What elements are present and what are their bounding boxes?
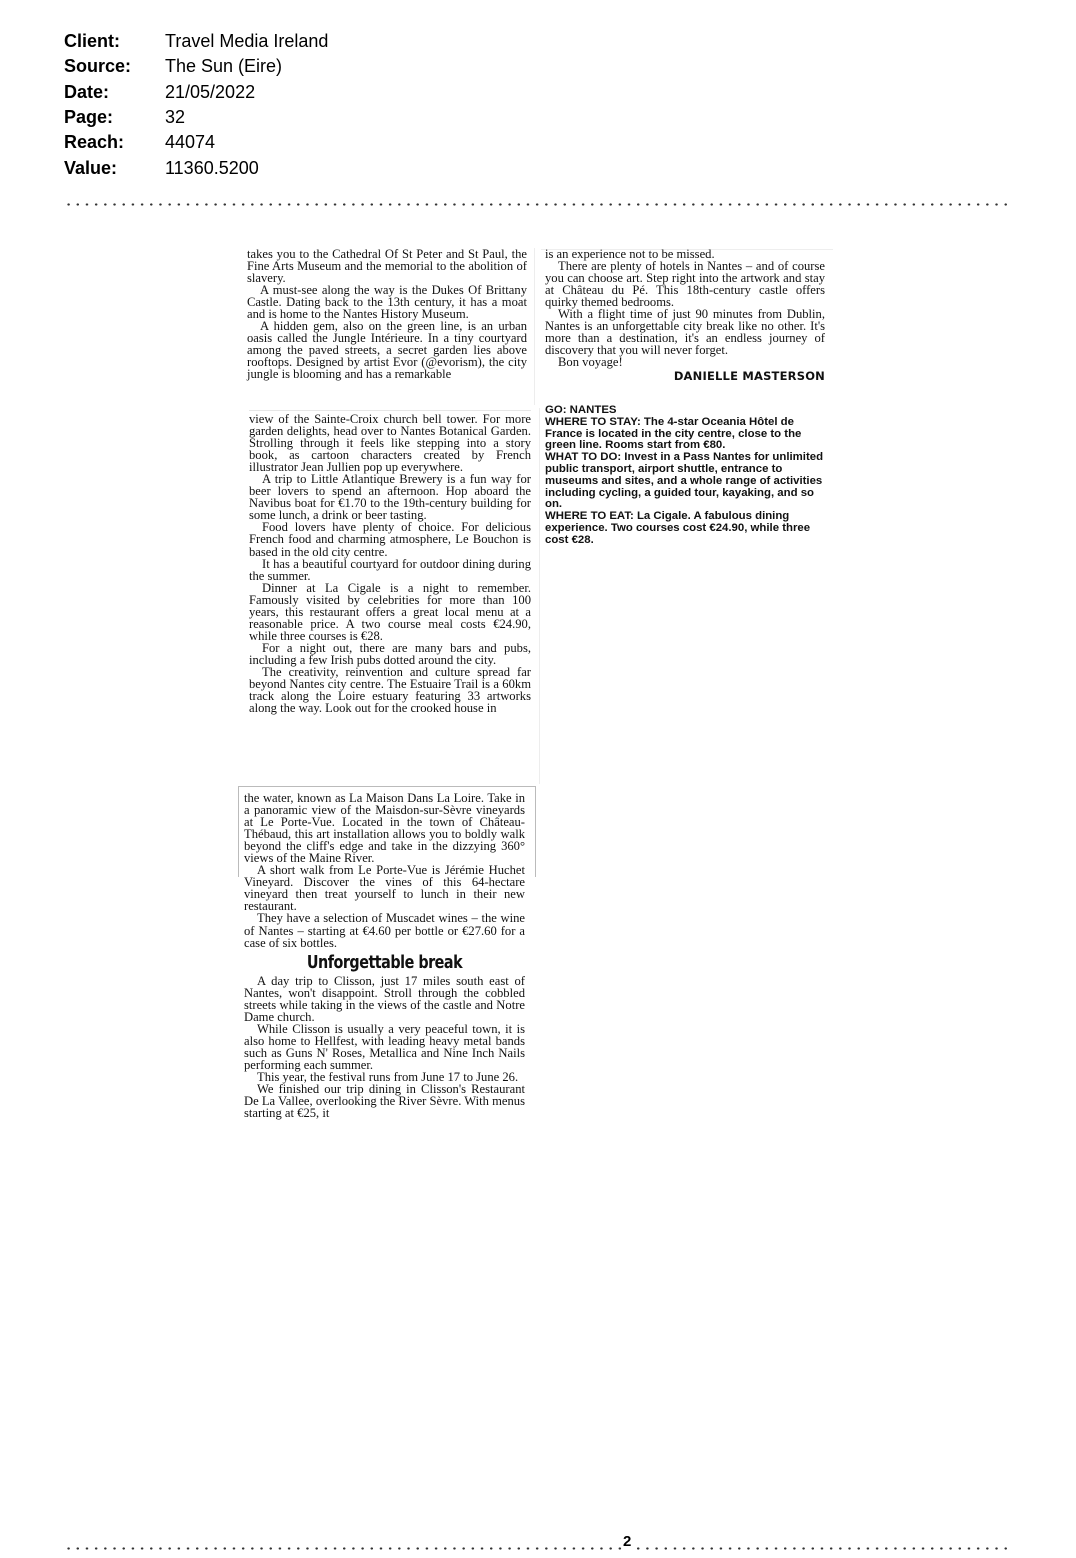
dotted-divider-bottom <box>64 1547 1010 1550</box>
clipping-metadata: Client: Travel Media Ireland Source: The… <box>64 29 328 181</box>
meta-value: 44074 <box>165 132 215 153</box>
paragraph: For a night out, there are many bars and… <box>249 642 531 666</box>
meta-page: Page: 32 <box>64 105 328 130</box>
article-column-1a: takes you to the Cathedral Of St Peter a… <box>247 248 527 381</box>
paragraph: A trip to Little Atlantique Brewery is a… <box>249 473 531 521</box>
paragraph: They have a selection of Muscadet wines … <box>244 912 525 948</box>
meta-label: Reach: <box>64 132 165 153</box>
paragraph: It has a beautiful courtyard for outdoor… <box>249 558 531 582</box>
meta-value: 21/05/2022 <box>165 82 255 103</box>
paragraph: With a flight time of just 90 minutes fr… <box>545 308 825 356</box>
paragraph: Food lovers have plenty of choice. For d… <box>249 521 531 557</box>
meta-value-row: Value: 11360.5200 <box>64 155 328 180</box>
article-column-1c: the water, known as La Maison Dans La Lo… <box>244 792 525 1119</box>
factbox-do: WHAT TO DO: Invest in a Pass Nantes for … <box>545 452 830 511</box>
page-number: 2 <box>622 1533 632 1550</box>
author-byline: DANIELLE MASTERSON <box>545 369 825 383</box>
paragraph: takes you to the Cathedral Of St Peter a… <box>247 248 527 284</box>
subheading: Unforgettable break <box>269 952 499 974</box>
meta-label: Value: <box>64 158 165 179</box>
meta-client: Client: Travel Media Ireland <box>64 29 328 54</box>
paragraph: the water, known as La Maison Dans La Lo… <box>244 792 525 864</box>
paragraph: There are plenty of hotels in Nantes – a… <box>545 260 825 308</box>
article-column-1b: view of the Sainte-Croix church bell tow… <box>249 410 531 714</box>
paragraph: While Clisson is usually a very peaceful… <box>244 1023 525 1071</box>
column-edge <box>534 248 535 405</box>
paragraph: The creativity, reinvention and culture … <box>249 666 531 714</box>
article-column-2: is an experience not to be missed. There… <box>545 248 825 383</box>
paragraph: Bon voyage! <box>545 356 825 368</box>
paragraph: A short walk from Le Porte-Vue is Jérémi… <box>244 864 525 912</box>
paragraph: A day trip to Clisson, just 17 miles sou… <box>244 975 525 1023</box>
meta-value: Travel Media Ireland <box>165 31 328 52</box>
paragraph: A must-see along the way is the Dukes Of… <box>247 284 527 320</box>
fact-box: GO: NANTES WHERE TO STAY: The 4-star Oce… <box>545 405 830 547</box>
meta-date: Date: 21/05/2022 <box>64 80 328 105</box>
meta-source: Source: The Sun (Eire) <box>64 54 328 79</box>
paragraph: A hidden gem, also on the green line, is… <box>247 320 527 380</box>
meta-value: 32 <box>165 107 185 128</box>
column-edge <box>539 408 540 784</box>
paragraph: view of the Sainte-Croix church bell tow… <box>249 413 531 473</box>
meta-value: 11360.5200 <box>165 158 259 179</box>
meta-label: Source: <box>64 56 165 77</box>
factbox-stay: WHERE TO STAY: The 4-star Oceania Hôtel … <box>545 417 830 452</box>
meta-label: Page: <box>64 107 165 128</box>
meta-label: Client: <box>64 31 165 52</box>
meta-label: Date: <box>64 82 165 103</box>
paragraph: We finished our trip dining in Clisson's… <box>244 1083 525 1119</box>
paragraph: Dinner at La Cigale is a night to rememb… <box>249 582 531 642</box>
dotted-divider-top <box>64 203 1010 206</box>
meta-reach: Reach: 44074 <box>64 130 328 155</box>
meta-value: The Sun (Eire) <box>165 56 282 77</box>
factbox-eat: WHERE TO EAT: La Cigale. A fabulous dini… <box>545 511 830 546</box>
